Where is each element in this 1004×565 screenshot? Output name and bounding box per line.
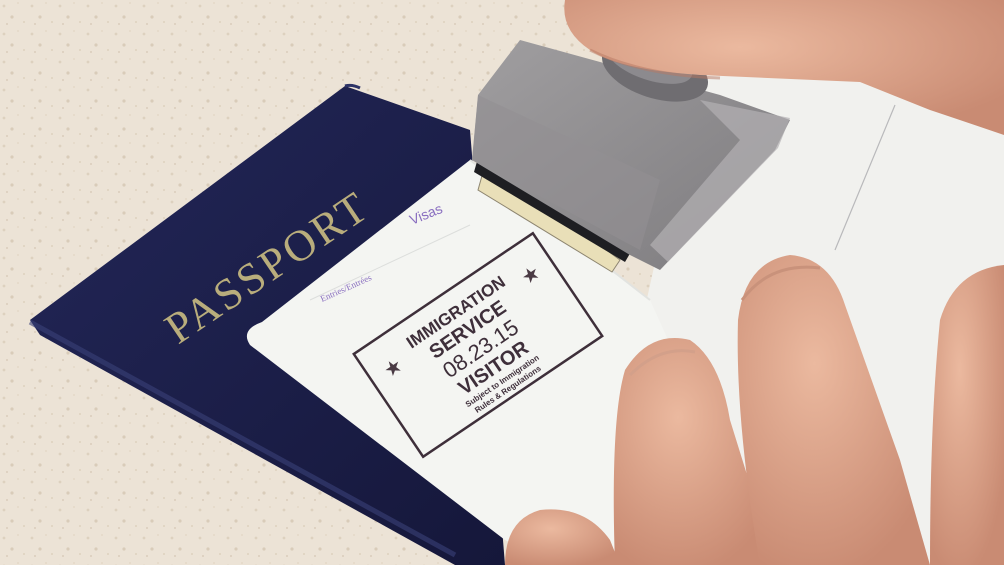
passport-stamping-photo: PASSPORT Visas Entries/Entrées ★ ★ IMMIG… — [0, 0, 1004, 565]
